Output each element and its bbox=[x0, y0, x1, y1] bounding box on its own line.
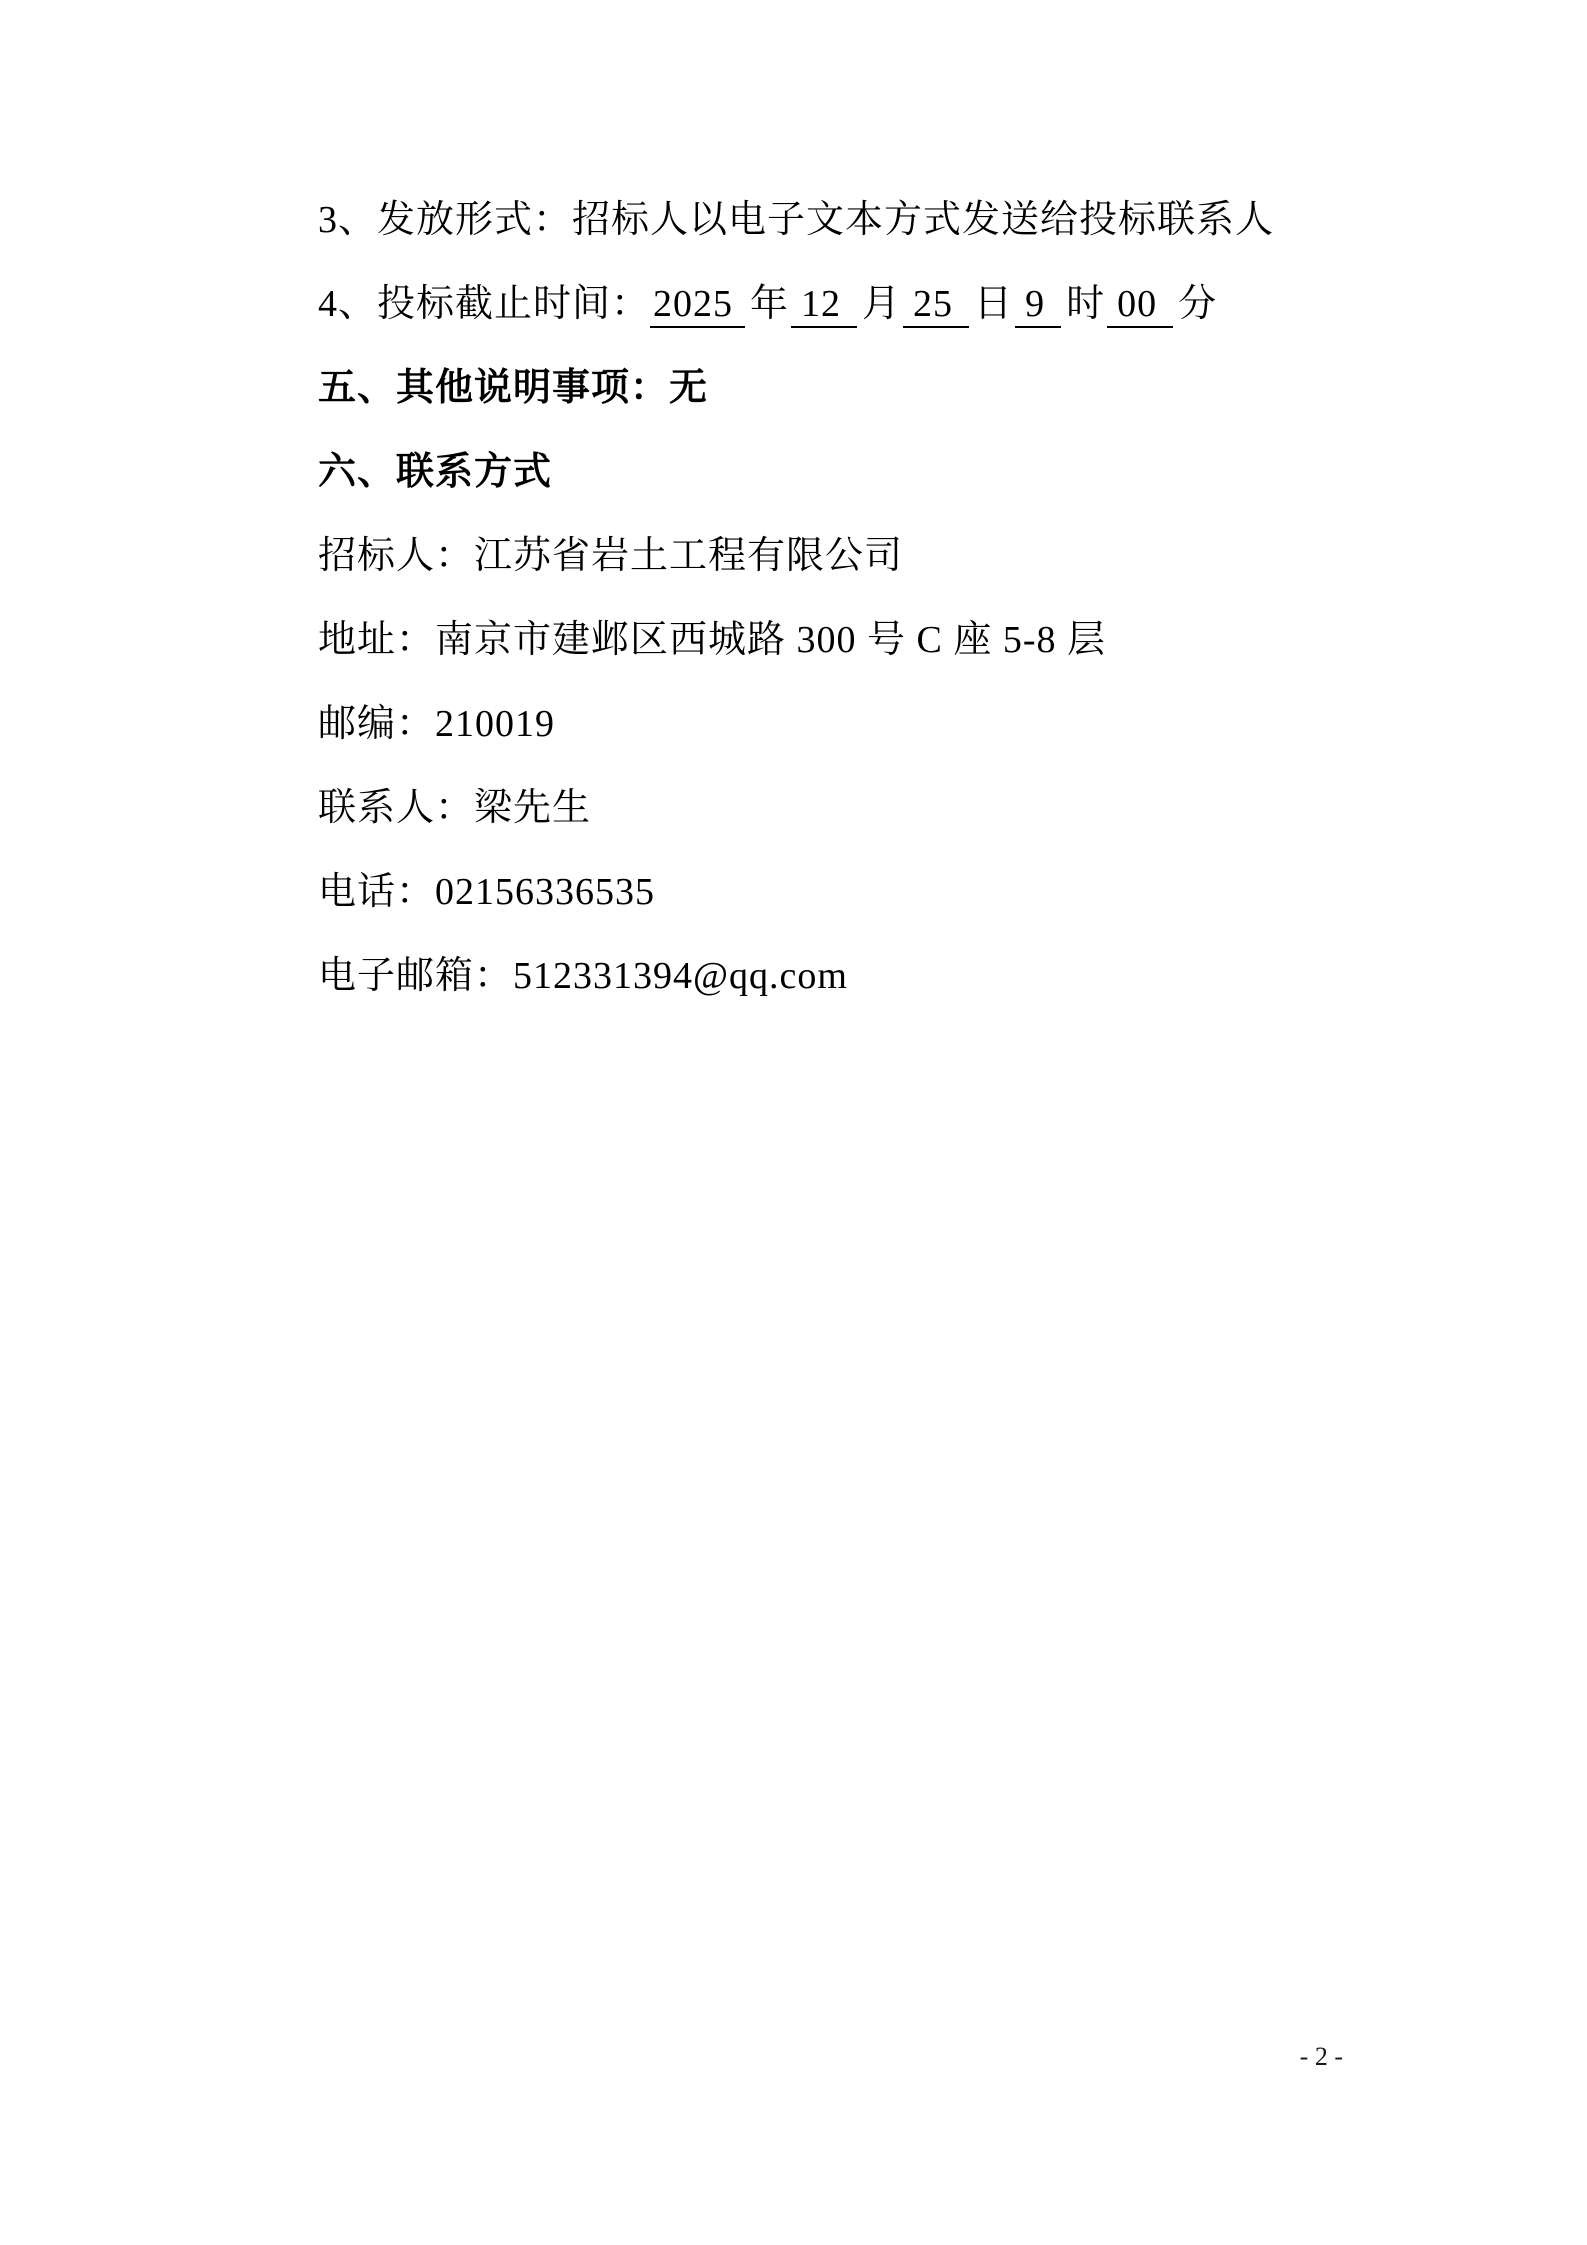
page-number: - 2 - bbox=[1300, 2042, 1343, 2071]
deadline-minute-unit: 分 bbox=[1178, 283, 1217, 325]
document-page: 3、发放形式：招标人以电子文本方式发送给投标联系人 4、投标截止时间：2025年… bbox=[0, 0, 1587, 2245]
deadline-hour-value: 9 bbox=[1015, 283, 1061, 328]
heading-other-notes: 五、其他说明事项：无 bbox=[318, 364, 1418, 412]
deadline-hour-unit: 时 bbox=[1066, 283, 1105, 325]
paragraph-tenderer: 招标人：江苏省岩土工程有限公司 bbox=[318, 532, 1418, 580]
paragraph-email: 电子邮箱：512331394@qq.com bbox=[318, 952, 1418, 1000]
page-footer: - 2 - bbox=[1300, 2042, 1343, 2072]
deadline-month-unit: 月 bbox=[862, 283, 901, 325]
deadline-year-unit: 年 bbox=[750, 283, 789, 325]
paragraph-contact-person: 联系人：梁先生 bbox=[318, 784, 1418, 832]
document-body: 3、发放形式：招标人以电子文本方式发送给投标联系人 4、投标截止时间：2025年… bbox=[318, 196, 1418, 1036]
paragraph-distribution-method: 3、发放形式：招标人以电子文本方式发送给投标联系人 bbox=[318, 196, 1418, 244]
deadline-prefix: 4、投标截止时间： bbox=[318, 283, 650, 325]
paragraph-bid-deadline: 4、投标截止时间：2025年12月25日9时00分 bbox=[318, 280, 1418, 328]
paragraph-address: 地址：南京市建邺区西城路 300 号 C 座 5-8 层 bbox=[318, 616, 1418, 664]
deadline-day-unit: 日 bbox=[974, 283, 1013, 325]
paragraph-phone: 电话：02156336535 bbox=[318, 868, 1418, 916]
deadline-day-value: 25 bbox=[903, 283, 969, 328]
heading-contact-info: 六、联系方式 bbox=[318, 448, 1418, 496]
deadline-minute-value: 00 bbox=[1107, 283, 1173, 328]
paragraph-postcode: 邮编：210019 bbox=[318, 700, 1418, 748]
deadline-year-value: 2025 bbox=[650, 283, 745, 328]
deadline-month-value: 12 bbox=[791, 283, 857, 328]
